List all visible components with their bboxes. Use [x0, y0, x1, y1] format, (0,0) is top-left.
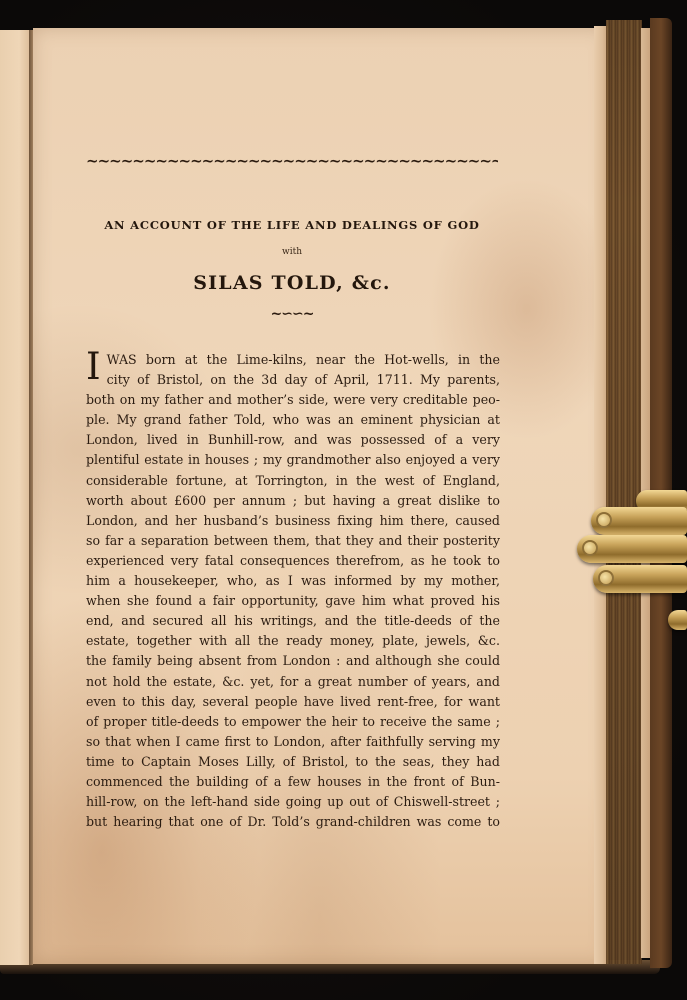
text-line: plentiful estate in houses ; my grandmot… — [86, 450, 500, 470]
clasp-finger — [593, 565, 687, 593]
text-line: London, and her husband’s business fixin… — [86, 511, 500, 531]
text-line: the family being absent from London : an… — [86, 651, 500, 671]
text-line: him a housekeeper, who, as I was informe… — [86, 571, 500, 591]
fingernail — [596, 512, 612, 528]
text-line: estate, together with all the ready mone… — [86, 631, 500, 651]
text-line: not hold the estate, &c. yet, for a grea… — [86, 672, 500, 692]
text-line: worth about £600 per annum ; but having … — [86, 491, 500, 511]
fingernail — [582, 540, 598, 556]
body-text: I WAS born at the Lime-kilns, near the H… — [86, 350, 500, 832]
text-line: of proper title-deeds to empower the hei… — [86, 712, 500, 732]
text-line: London, lived in Bunhill-row, and was po… — [86, 430, 500, 450]
clasp-finger — [577, 535, 687, 563]
brass-hand-page-holder-icon — [568, 485, 687, 635]
text-line: ple. My grand father Told, who was an em… — [86, 410, 500, 430]
text-line: but hearing that one of Dr. Told’s grand… — [86, 812, 500, 832]
fingernail — [598, 570, 614, 586]
clasp-thumb — [668, 610, 687, 630]
text-line: so far a separation between them, that t… — [86, 531, 500, 551]
text-line: commenced the building of a few houses i… — [86, 772, 500, 792]
text-line: both on my father and mother’s side, wer… — [86, 390, 500, 410]
text-line: so that when I came first to London, aft… — [86, 732, 500, 752]
subject-heading: SILAS TOLD, &c. — [86, 272, 498, 294]
text-line: hill-row, on the left-hand side going up… — [86, 792, 500, 812]
text-line: end, and secured all his writings, and t… — [86, 611, 500, 631]
text-line: time to Captain Moses Lilly, of Bristol,… — [86, 752, 500, 772]
text-line: experienced very fatal consequences ther… — [86, 551, 500, 571]
facing-page-edge — [0, 30, 32, 965]
text-line: when she found a fair opportunity, gave … — [86, 591, 500, 611]
clasp-finger — [591, 507, 687, 535]
text-line: considerable fortune, at Torrington, in … — [86, 471, 500, 491]
text-line: WAS born at the Lime-kilns, near the Hot… — [86, 350, 500, 370]
chapter-title: AN ACCOUNT OF THE LIFE AND DEALINGS OF G… — [86, 218, 498, 232]
ornamental-rule: ~~~~~~~~~~~~~~~~~~~~~~~~~~~~~~~~~~~~~~~~… — [86, 150, 498, 172]
drop-cap: I — [86, 352, 101, 382]
text-line: city of Bristol, on the 3d day of April,… — [86, 370, 500, 390]
text-line: even to this day, several people have li… — [86, 692, 500, 712]
title-connector: with — [86, 247, 498, 257]
flourish-ornament-icon: ~∽∽~ — [86, 306, 498, 322]
